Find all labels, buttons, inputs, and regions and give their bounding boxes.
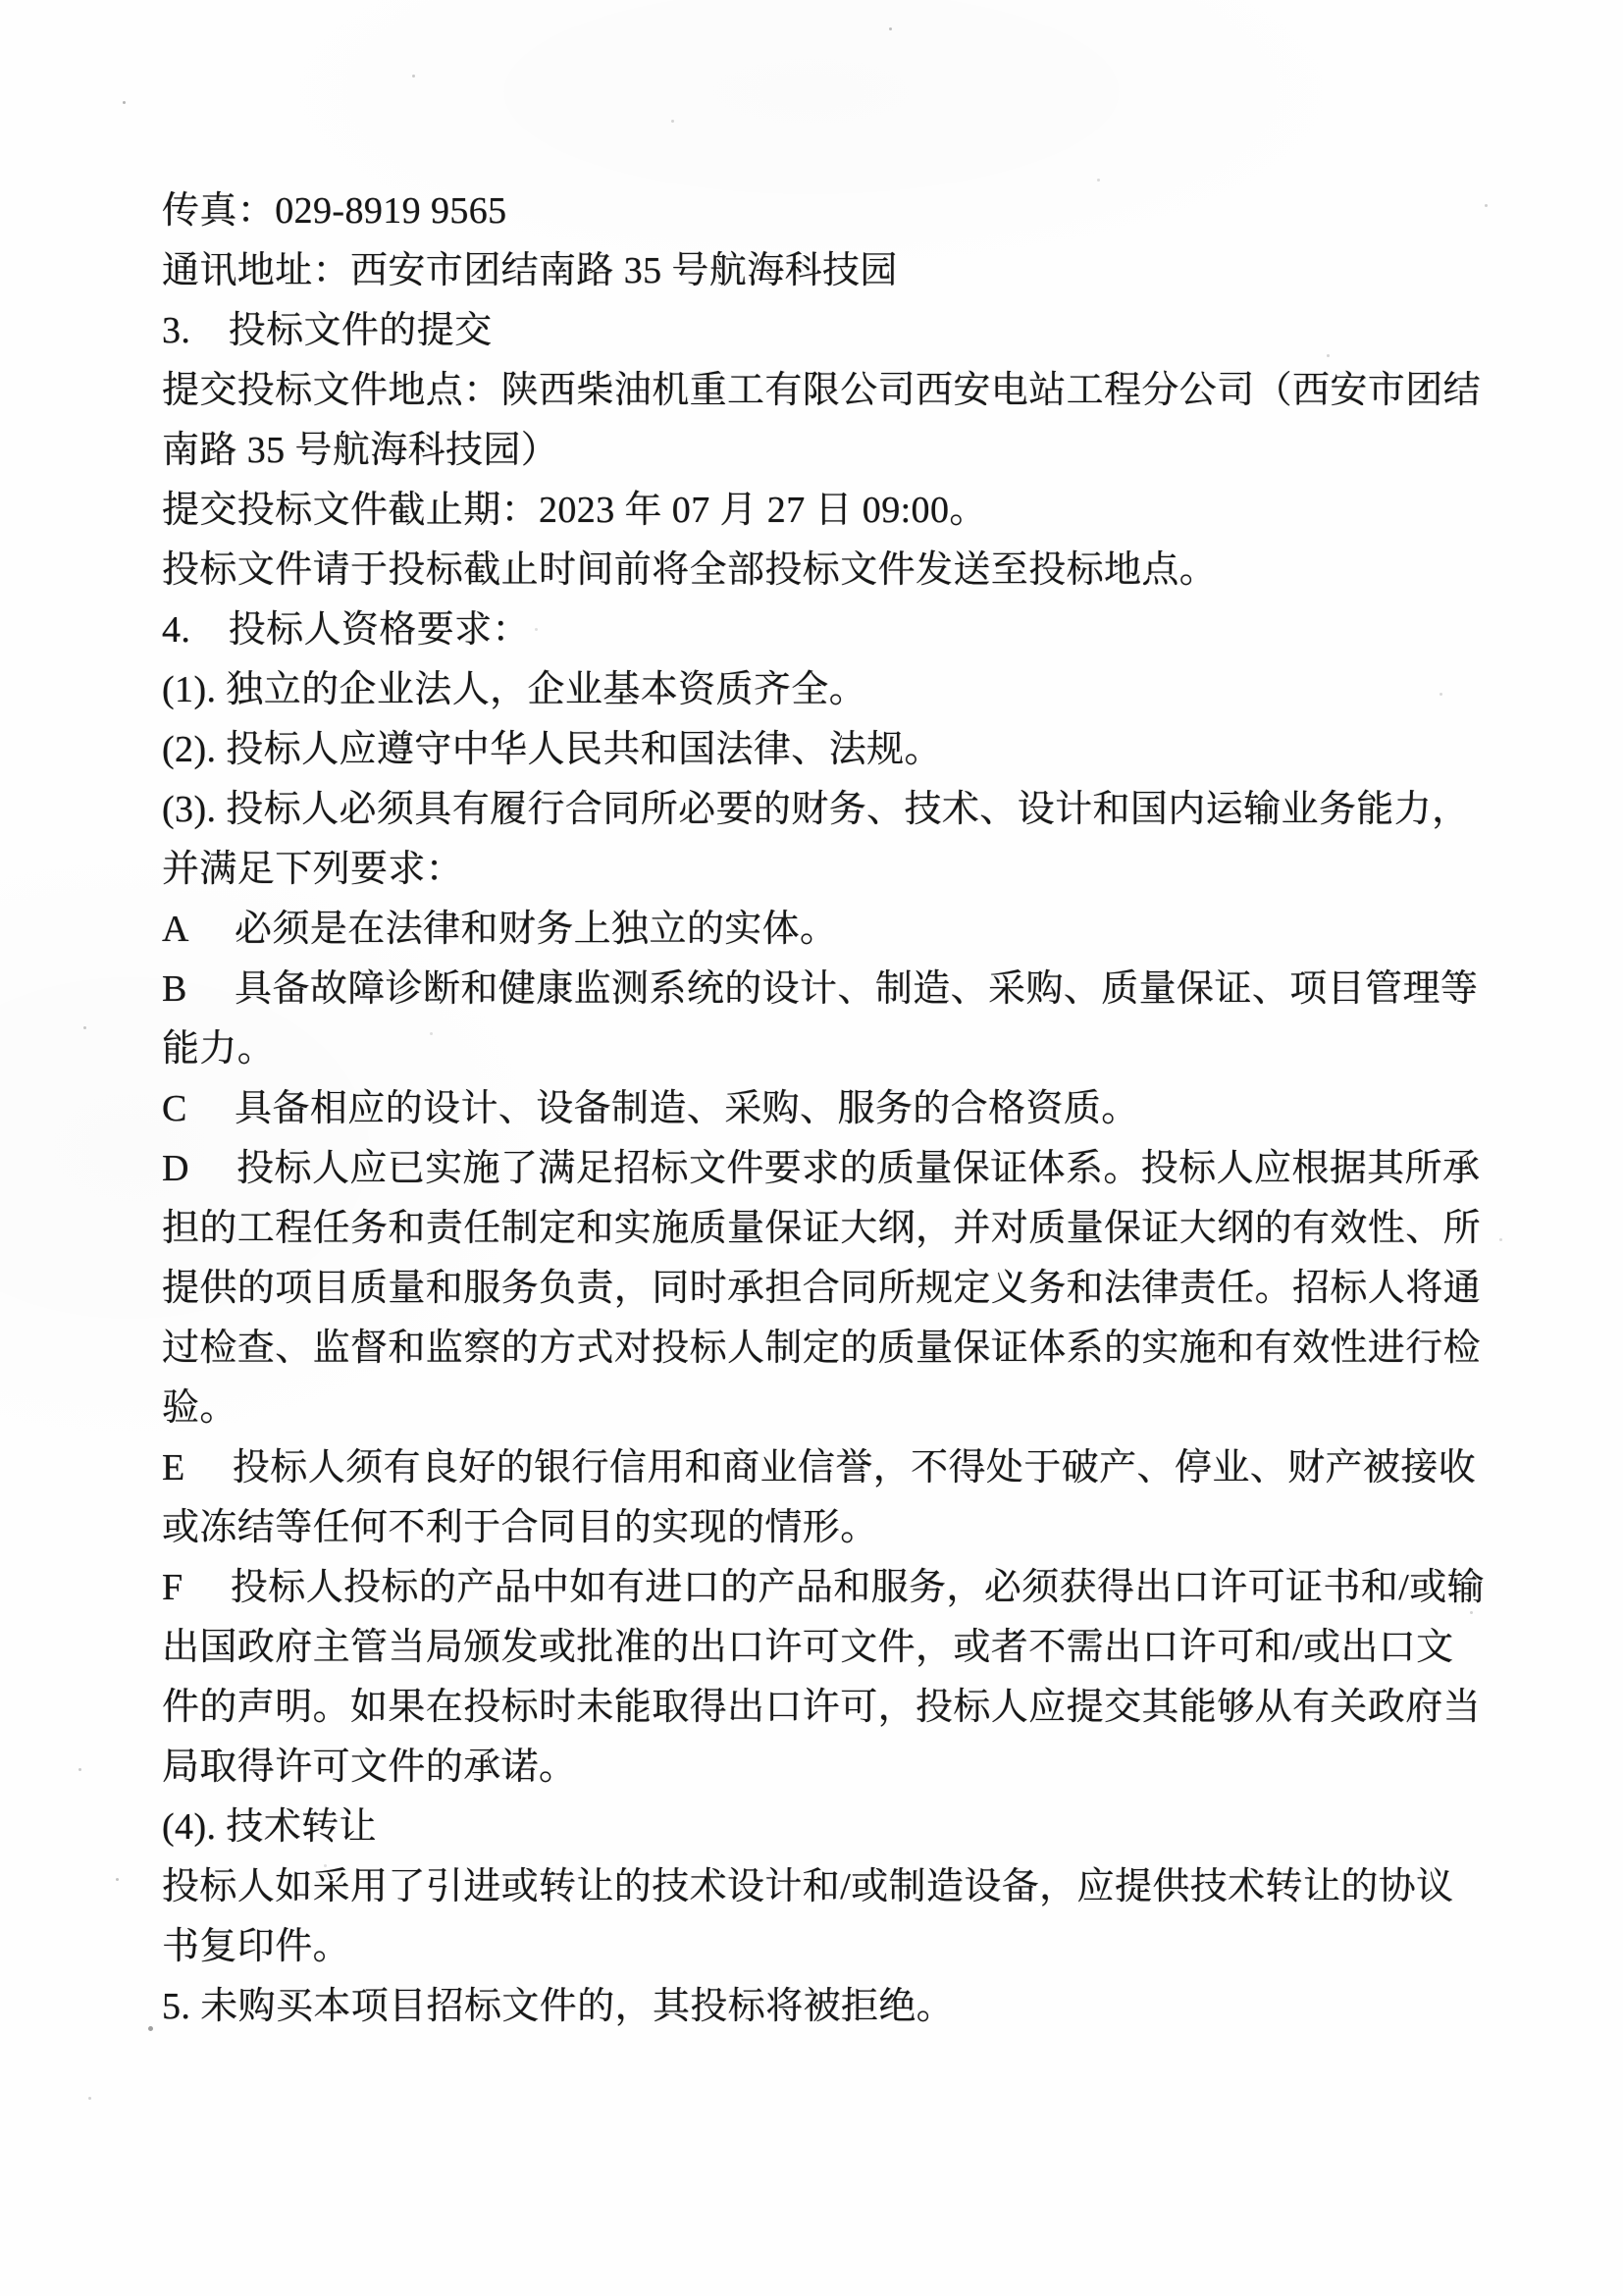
requirement-d-line-1: D 投标人应已实施了满足招标文件要求的质量保证体系。投标人应根据其所承 <box>162 1139 1477 1199</box>
section-4-heading: 4. 投标人资格要求： <box>162 600 1477 660</box>
tech-transfer-line-1: 投标人如采用了引进或转让的技术设计和/或制造设备，应提供技术转让的协议 <box>162 1857 1477 1917</box>
scanned-document-page: 传真：029-8919 9565 通讯地址：西安市团结南路 35 号航海科技园 … <box>0 0 1623 2296</box>
requirement-f-line-2: 出国政府主管当局颁发或批准的出口许可文件，或者不需出口许可和/或出口文 <box>162 1618 1477 1678</box>
qualification-item-2: (2). 投标人应遵守中华人民共和国法律、法规。 <box>162 720 1477 780</box>
requirement-b-line-1: B 具备故障诊断和健康监测系统的设计、制造、采购、质量保证、项目管理等 <box>162 960 1477 1019</box>
requirement-e-line-1: E 投标人须有良好的银行信用和商业信誉，不得处于破产、停业、财产被接收 <box>162 1438 1477 1498</box>
submission-location-line-2: 南路 35 号航海科技园） <box>162 421 1477 481</box>
requirement-d-line-4: 过检查、监督和监察的方式对投标人制定的质量保证体系的实施和有效性进行检 <box>162 1319 1477 1379</box>
submission-location-line-1: 提交投标文件地点：陕西柴油机重工有限公司西安电站工程分公司（西安市团结 <box>162 361 1477 421</box>
tech-transfer-line-2: 书复印件。 <box>162 1917 1477 1977</box>
requirement-b-line-2: 能力。 <box>162 1019 1477 1079</box>
qualification-item-1: (1). 独立的企业法人，企业基本资质齐全。 <box>162 660 1477 720</box>
requirement-d-line-2: 担的工程任务和责任制定和实施质量保证大纲，并对质量保证大纲的有效性、所 <box>162 1199 1477 1259</box>
document-body: 传真：029-8919 9565 通讯地址：西安市团结南路 35 号航海科技园 … <box>162 182 1477 2037</box>
qualification-item-3-line-2: 并满足下列要求： <box>162 840 1477 900</box>
requirement-a: A 必须是在法律和财务上独立的实体。 <box>162 900 1477 960</box>
qualification-item-3-line-1: (3). 投标人必须具有履行合同所必要的财务、技术、设计和国内运输业务能力， <box>162 780 1477 840</box>
requirement-f-line-3: 件的声明。如果在投标时未能取得出口许可，投标人应提交其能够从有关政府当 <box>162 1678 1477 1738</box>
section-5-line: 5. 未购买本项目招标文件的，其投标将被拒绝。 <box>162 1977 1477 2037</box>
requirement-d-line-3: 提供的项目质量和服务负责，同时承担合同所规定义务和法律责任。招标人将通 <box>162 1259 1477 1319</box>
requirement-f-line-1: F 投标人投标的产品中如有进口的产品和服务，必须获得出口许可证书和/或输 <box>162 1558 1477 1618</box>
requirement-e-line-2: 或冻结等任何不利于合同目的实现的情形。 <box>162 1498 1477 1558</box>
requirement-f-line-4: 局取得许可文件的承诺。 <box>162 1738 1477 1798</box>
mailing-address-line: 通讯地址：西安市团结南路 35 号航海科技园 <box>162 241 1477 301</box>
requirement-c: C 具备相应的设计、设备制造、采购、服务的合格资质。 <box>162 1079 1477 1139</box>
submission-deadline-line: 提交投标文件截止期：2023 年 07 月 27 日 09:00。 <box>162 481 1477 541</box>
fax-line: 传真：029-8919 9565 <box>162 182 1477 241</box>
section-3-heading: 3. 投标文件的提交 <box>162 301 1477 361</box>
scan-noise <box>0 0 3 3</box>
section-4-item-4-heading: (4). 技术转让 <box>162 1798 1477 1857</box>
requirement-d-line-5: 验。 <box>162 1379 1477 1438</box>
submission-instruction-line: 投标文件请于投标截止时间前将全部投标文件发送至投标地点。 <box>162 541 1477 600</box>
